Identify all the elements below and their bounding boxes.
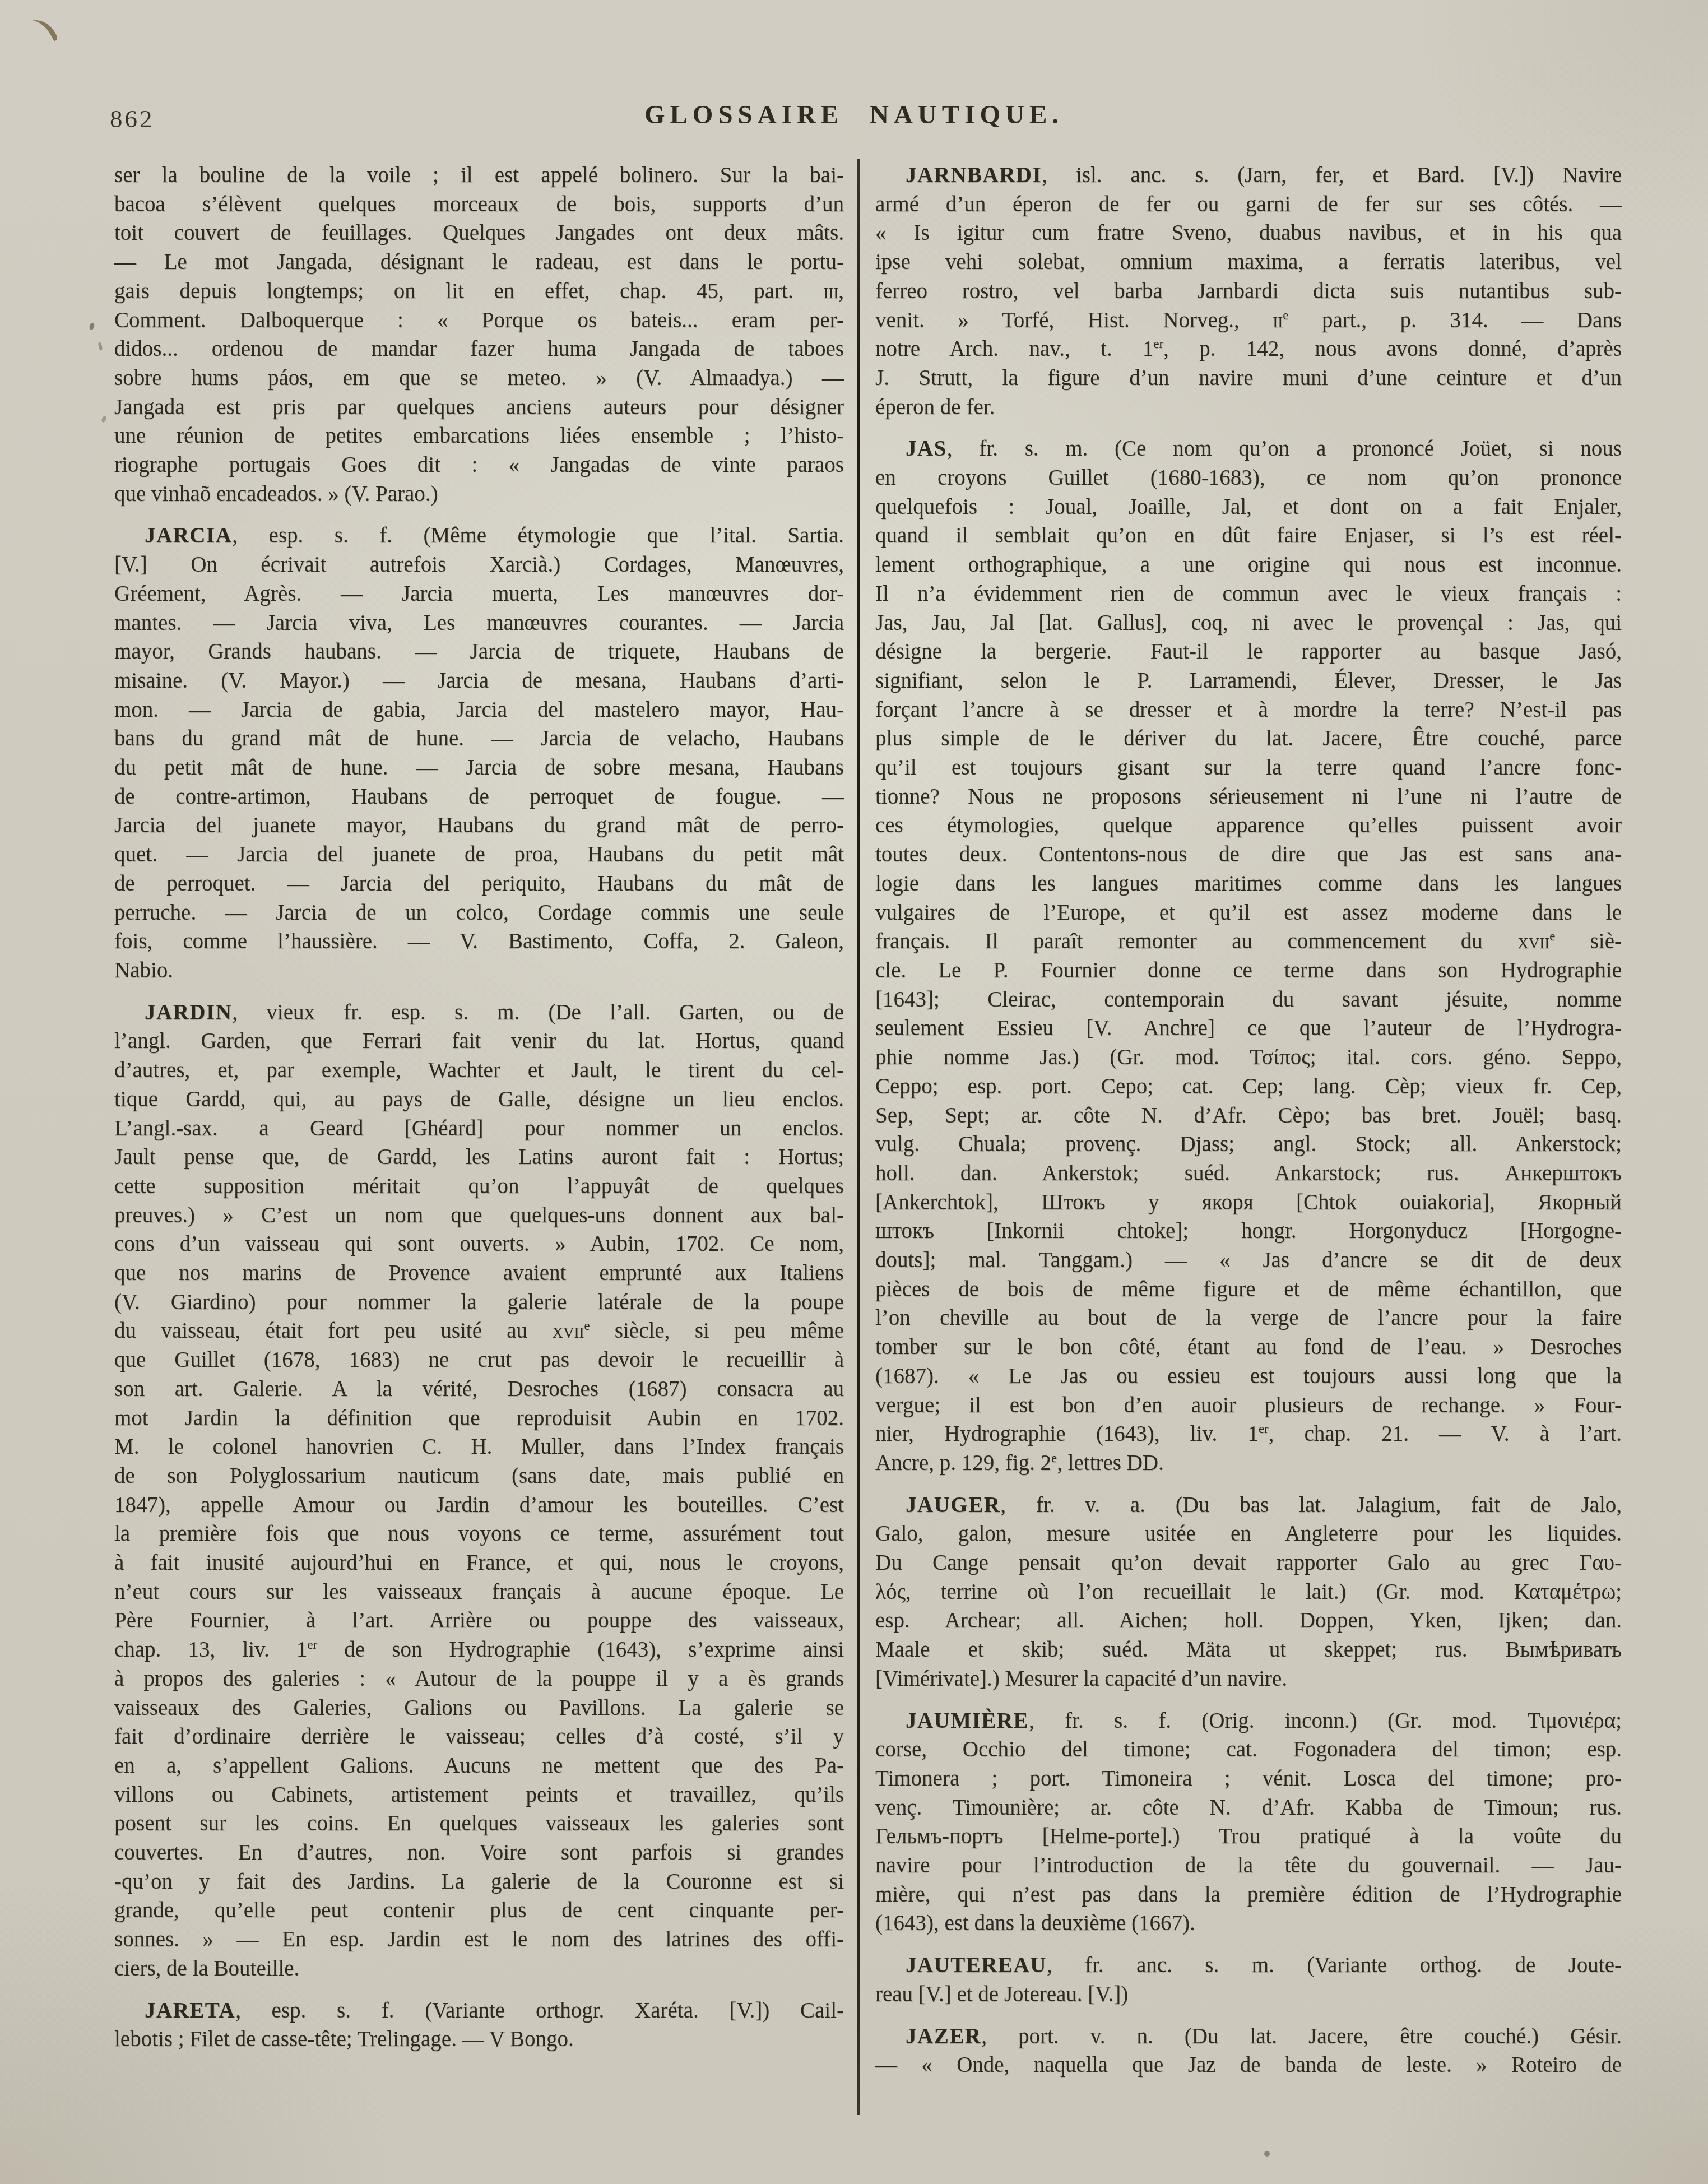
text-line: JARDIN, vieux fr. esp. s. m. (De l’all. … — [114, 998, 844, 1027]
text-line: que vinhaõ encadeados. » (V. Parao.) — [114, 480, 844, 509]
text-line: bans du grand mât de hune. — Jarcia de v… — [114, 724, 844, 753]
text-line: Comment. Dalboquerque : « Porque os bate… — [114, 306, 844, 335]
text-line: désigne la bergerie. Faut-il le rapporte… — [875, 637, 1622, 666]
text-line: ipse vehi solebat, omnium maxima, a ferr… — [875, 248, 1622, 277]
text-line: quelquefois : Joual, Joaille, Jal, et do… — [875, 493, 1622, 522]
ink-speck — [89, 322, 95, 331]
text-line: quand il semblait qu’on en dût faire Enj… — [875, 521, 1622, 550]
text-line: quet. — Jarcia del juanete de proa, Haub… — [114, 840, 844, 869]
text-line: Гельмъ-портъ [Helme-porte].) Trou pratiq… — [875, 1822, 1622, 1851]
text-line: couvertes. En d’autres, non. Voire sont … — [114, 1838, 844, 1867]
text-line: Nabio. — [114, 956, 844, 985]
text-line: venit. » Torfé, Hist. Norveg., iie part.… — [875, 306, 1622, 335]
text-line: à propos des galeries : « Autour de la p… — [114, 1664, 844, 1694]
text-line: ciers, de la Bouteille. — [114, 1954, 844, 1983]
text-line: Jarcia del juanete mayor, Haubans du gra… — [114, 811, 844, 840]
text-line: l’on cheville au bout de la verge de l’a… — [875, 1304, 1622, 1333]
text-line: esp. Archear; all. Aichen; holl. Doppen,… — [875, 1606, 1622, 1635]
text-line: posent sur les coins. En quelques vaisse… — [114, 1809, 844, 1838]
text-line: villons ou Cabinets, artistement peints … — [114, 1780, 844, 1810]
entry-jarcia: JARCIA, esp. s. f. (Même étymologie que … — [114, 521, 844, 985]
text-line: Jangada est pris par quelques anciens au… — [114, 393, 844, 422]
text-line: Jas, Jau, Jal [lat. Gallus], coq, ni ave… — [875, 609, 1622, 638]
text-line: français. Il paraît remonter au commence… — [875, 927, 1622, 956]
text-line: toit couvert de feuillages. Quelques Jan… — [114, 219, 844, 248]
ink-stroke — [26, 13, 59, 49]
entry-jauger: JAUGER, fr. v. a. (Du bas lat. Jalagium,… — [875, 1491, 1622, 1694]
text-line: (V. Giardino) pour nommer la galerie lat… — [114, 1288, 844, 1317]
text-line: venç. Timounière; ar. côte N. d’Afr. Kab… — [875, 1793, 1622, 1823]
text-line: holl. dan. Ankerstok; suéd. Ankarstock; … — [875, 1159, 1622, 1188]
text-line: en croyons Guillet (1680-1683), ce nom q… — [875, 463, 1622, 493]
entry-jas: JAS, fr. s. m. (Ce nom qu’on a prononcé … — [875, 434, 1622, 1477]
text-line: lebotis ; Filet de casse-tête; Trelingag… — [114, 2025, 844, 2054]
entry-jautereau: JAUTEREAU, fr. anc. s. m. (Variante orth… — [875, 1951, 1622, 2009]
text-line: [Vimérivate].) Mesurer la capacité d’un … — [875, 1664, 1622, 1694]
text-line: cons d’un vaisseau qui sont ouverts. » A… — [114, 1230, 844, 1259]
text-line: cette supposition méritait qu’on l’appuy… — [114, 1172, 844, 1201]
text-line: — « Onde, naquella que Jaz de banda de l… — [875, 2051, 1622, 2080]
text-line: forçant l’ancre à se dresser et à mordre… — [875, 695, 1622, 725]
text-line: que nos marins de Provence avaient empru… — [114, 1259, 844, 1288]
text-line: preuves.) » C’est un nom que quelques-un… — [114, 1201, 844, 1230]
text-line: Maale et skib; suéd. Mäta ut skeppet; ru… — [875, 1635, 1622, 1664]
text-line: Gréement, Agrès. — Jarcia muerta, Les ma… — [114, 579, 844, 609]
text-line: pièces de bois de même figure et de même… — [875, 1275, 1622, 1304]
text-line: en a, s’appellent Galions. Aucuns ne met… — [114, 1751, 844, 1780]
text-line: Galo, galon, mesure usitée en Angleterre… — [875, 1519, 1622, 1548]
text-line: tomber sur le bon côté, étant au fond de… — [875, 1333, 1622, 1362]
text-line: didos... ordenou de mandar fazer huma Ja… — [114, 335, 844, 364]
text-line: Ceppo; esp. port. Cepo; cat. Cep; lang. … — [875, 1072, 1622, 1101]
text-line: M. le colonel hanovrien C. H. Muller, da… — [114, 1432, 844, 1462]
running-header: GLOSSAIRE NAUTIQUE. — [0, 100, 1708, 130]
text-line: [Ankerchtok], Штокъ у якоря [Chtok ouiak… — [875, 1188, 1622, 1217]
text-line: du petit mât de hune. — Jarcia de sobre … — [114, 753, 844, 782]
text-line: chap. 13, liv. 1er de son Hydrographie (… — [114, 1635, 844, 1664]
column-divider — [857, 159, 860, 2115]
ink-speck — [1264, 2151, 1270, 2157]
text-line: Ancre, p. 129, fig. 2e, lettres DD. — [875, 1449, 1622, 1478]
text-line: tionne? Nous ne proposons sérieusement n… — [875, 782, 1622, 812]
text-line: perruche. — Jarcia de un colco, Cordage … — [114, 898, 844, 928]
text-line: Du Cange pensait qu’on devait rapporter … — [875, 1548, 1622, 1578]
text-line: à fait inusité aujourd’hui en France, et… — [114, 1548, 844, 1578]
text-line: cle. Le P. Fournier donne ce terme dans … — [875, 956, 1622, 985]
text-line: plus simple de le dériver du lat. Jacere… — [875, 724, 1622, 753]
ink-speck — [98, 342, 103, 351]
text-line: signifiant, selon le P. Larramendi, Élev… — [875, 666, 1622, 695]
text-line: reau [V.] et de Jotereau. [V.]) — [875, 1980, 1622, 2009]
entry-jardin: JARDIN, vieux fr. esp. s. m. (De l’all. … — [114, 998, 844, 1983]
text-line: 1847), appelle Amour ou Jardin d’amour l… — [114, 1491, 844, 1520]
text-line: vulg. Chuala; provenç. Djass; angl. Stoc… — [875, 1130, 1622, 1159]
text-line: l’angl. Garden, que Ferrari fait venir d… — [114, 1027, 844, 1056]
column-left: ser la bouline de la voile ; il est appe… — [114, 161, 844, 2054]
text-line: Timonera ; port. Timoneira ; vénit. Losc… — [875, 1764, 1622, 1793]
text-line: n’eut cours sur les vaisseaux français à… — [114, 1578, 844, 1607]
text-line: du vaisseau, était fort peu usité au xvi… — [114, 1316, 844, 1346]
text-line: une réunion de petites embarcations liée… — [114, 421, 844, 451]
text-line: mon. — Jarcia de gabia, Jarcia del maste… — [114, 695, 844, 725]
text-line: ferreo rostro, vel barba Jarnbardi dicta… — [875, 277, 1622, 306]
text-line: phie nomme Jas.) (Gr. mod. Τσίπος; ital.… — [875, 1043, 1622, 1072]
entry-jazer: JAZER, port. v. n. (Du lat. Jacere, être… — [875, 2022, 1622, 2080]
text-line: de contre-artimon, Haubans de perroquet … — [114, 782, 844, 812]
text-line: vergue; il est bon d’en auoir plusieurs … — [875, 1391, 1622, 1420]
text-line: notre Arch. nav., t. 1er, p. 142, nous a… — [875, 335, 1622, 364]
text-line: misaine. (V. Mayor.) — Jarcia de mesana,… — [114, 666, 844, 695]
text-line: Il n’a évidemment rien de commun avec le… — [875, 579, 1622, 609]
text-line: Père Fournier, à l’art. Arrière ou poupp… — [114, 1606, 844, 1635]
text-line: [V.] On écrivait autrefois Xarcià.) Cord… — [114, 550, 844, 579]
text-line: vulgaires de l’Europe, et qu’il est asse… — [875, 898, 1622, 928]
text-line: logie dans les langues maritimes comme d… — [875, 869, 1622, 898]
entry-jareta: JARETA, esp. s. f. (Variante orthogr. Xa… — [114, 1996, 844, 2054]
text-line: la première fois que nous voyons ce term… — [114, 1519, 844, 1548]
text-line: son art. Galerie. A la vérité, Desroches… — [114, 1375, 844, 1404]
scanned-book-page: { "page": { "number": "862", "header": "… — [0, 0, 1708, 2184]
text-line: mayor, Grands haubans. — Jarcia de triqu… — [114, 637, 844, 666]
text-line: λός, terrine où l’on recueillait le lait… — [875, 1578, 1622, 1607]
text-line: — Le mot Jangada, désignant le radeau, e… — [114, 248, 844, 277]
text-line: sonnes. » — En esp. Jardin est le nom de… — [114, 1925, 844, 1954]
text-line: seulement Essieu [V. Anchre] ce que l’au… — [875, 1014, 1622, 1043]
entry-jarnbardi: JARNBARDI, isl. anc. s. (Jarn, fer, et B… — [875, 161, 1622, 421]
entry-jaumière: JAUMIÈRE, fr. s. f. (Orig. inconn.) (Gr.… — [875, 1707, 1622, 1939]
text-line: fois, comme l’haussière. — V. Bastimento… — [114, 927, 844, 956]
text-line: qu’il est toujours gisant sur la terre q… — [875, 753, 1622, 782]
text-line: d’autres, et, par exemple, Wachter et Ja… — [114, 1056, 844, 1085]
text-line: JARNBARDI, isl. anc. s. (Jarn, fer, et B… — [875, 161, 1622, 190]
text-line: -qu’on y fait des Jardins. La galerie de… — [114, 1867, 844, 1896]
text-line: de son Polyglossarium nauticum (sans dat… — [114, 1462, 844, 1491]
text-line: bacoa s’élèvent quelques morceaux de boi… — [114, 190, 844, 219]
text-line: « Is igitur cum fratre Sveno, duabus nav… — [875, 219, 1622, 248]
text-line: corse, Occhio del timone; cat. Fogonader… — [875, 1735, 1622, 1764]
text-line: riographe portugais Goes dit : « Jangada… — [114, 451, 844, 480]
text-line: nier, Hydrographie (1643), liv. 1er, cha… — [875, 1420, 1622, 1449]
column-right: JARNBARDI, isl. anc. s. (Jarn, fer, et B… — [875, 161, 1622, 2080]
text-line: de perroquet. — Jarcia del periquito, Ha… — [114, 869, 844, 898]
text-line: lement orthographique, a une origine qui… — [875, 550, 1622, 579]
text-line: sobre hums páos, em que se meteo. » (V. … — [114, 364, 844, 393]
text-line: штокъ [Inkornii chtoke]; hongr. Horgonyd… — [875, 1217, 1622, 1246]
text-line: [1643]; Cleirac, contemporain du savant … — [875, 985, 1622, 1014]
text-line: que Guillet (1678, 1683) ne crut pas dev… — [114, 1346, 844, 1375]
text-line: JAS, fr. s. m. (Ce nom qu’on a prononcé … — [875, 434, 1622, 463]
text-line: mot Jardin la définition que reproduisit… — [114, 1404, 844, 1433]
ink-speck — [101, 415, 107, 423]
text-line: armé d’un éperon de fer ou garni de fer … — [875, 190, 1622, 219]
text-line: vaisseaux des Galeries, Galions ou Pavil… — [114, 1694, 844, 1723]
text-line: tique Gardd, qui, au pays de Galle, dési… — [114, 1085, 844, 1114]
text-line: éperon de fer. — [875, 393, 1622, 422]
text-line: toutes deux. Contentons-nous de dire que… — [875, 840, 1622, 869]
text-line: gais depuis longtemps; on lit en effet, … — [114, 277, 844, 306]
text-line: douts]; mal. Tanggam.) — « Jas d’ancre s… — [875, 1246, 1622, 1275]
text-line: mière, qui n’est pas dans la première éd… — [875, 1880, 1622, 1909]
text-line: JAUGER, fr. v. a. (Du bas lat. Jalagium,… — [875, 1491, 1622, 1520]
text-line: fait d’ordinaire derrière le vaisseau; c… — [114, 1722, 844, 1751]
text-line: JARCIA, esp. s. f. (Même étymologie que … — [114, 521, 844, 550]
text-line: JAZER, port. v. n. (Du lat. Jacere, être… — [875, 2022, 1622, 2051]
text-line: JARETA, esp. s. f. (Variante orthogr. Xa… — [114, 1996, 844, 2025]
text-line: (1643), est dans la deuxième (1667). — [875, 1909, 1622, 1938]
text-line: ser la bouline de la voile ; il est appe… — [114, 161, 844, 190]
text-line: ces étymologies, quelque apparence qu’el… — [875, 811, 1622, 840]
text-line: navire pour l’introduction de la tête du… — [875, 1851, 1622, 1880]
text-line: Jault pense que, de Gardd, les Latins au… — [114, 1143, 844, 1172]
text-line: L’angl.-sax. a Geard [Ghéard] pour nomme… — [114, 1114, 844, 1143]
entry-continuation: ser la bouline de la voile ; il est appe… — [114, 161, 844, 508]
text-line: mantes. — Jarcia viva, Les manœuvres cou… — [114, 609, 844, 638]
text-line: JAUTEREAU, fr. anc. s. m. (Variante orth… — [875, 1951, 1622, 1980]
text-line: grande, qu’elle peut contenir plus de ce… — [114, 1896, 844, 1925]
text-line: Sep, Sept; ar. côte N. d’Afr. Cèpo; bas … — [875, 1101, 1622, 1130]
text-line: J. Strutt, la figure d’un navire muni d’… — [875, 364, 1622, 393]
text-line: JAUMIÈRE, fr. s. f. (Orig. inconn.) (Gr.… — [875, 1707, 1622, 1736]
text-line: (1687). « Le Jas ou essieu est toujours … — [875, 1362, 1622, 1391]
